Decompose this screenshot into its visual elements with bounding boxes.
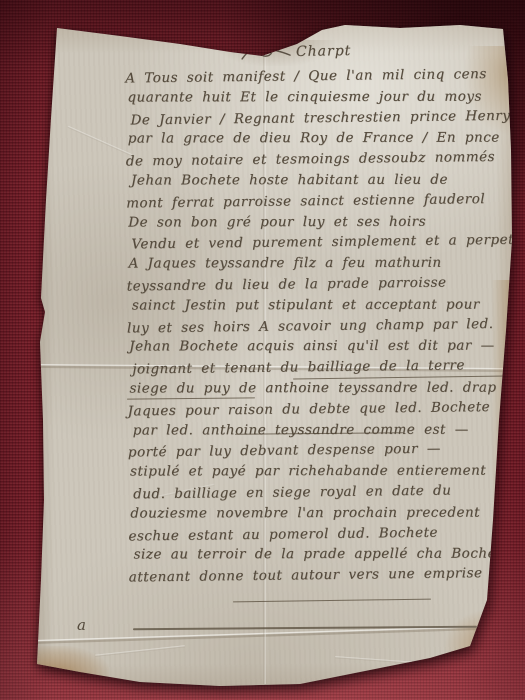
paraph-flourish-icon bbox=[240, 42, 292, 63]
manuscript-line: siege du puy de anthoine teyssandre led.… bbox=[129, 377, 525, 399]
ink-underline bbox=[233, 599, 431, 603]
heading-text: Charpt bbox=[296, 43, 352, 60]
age-stain-bottom-right bbox=[443, 608, 507, 664]
manuscript-line: stipulé et payé par richehabande entiere… bbox=[130, 461, 525, 483]
manuscript-line: teyssandre du lieu de la prade parroisse bbox=[127, 272, 525, 298]
manuscript-line: dud. bailliage en siege royal en date du bbox=[133, 480, 525, 506]
paper-wrinkle bbox=[68, 126, 133, 156]
closing-rule bbox=[133, 626, 477, 630]
manuscript-line: sainct Jestin put stipulant et acceptant… bbox=[132, 294, 525, 316]
paper-shadow-wrap: Charpt A Tous soit manifest / Que l'an m… bbox=[0, 0, 525, 700]
manuscript-line: attenant donne tout autour vers une empr… bbox=[129, 563, 525, 589]
photo-scene: Charpt A Tous soit manifest / Que l'an m… bbox=[0, 0, 525, 700]
manuscript-line: de moy notaire et tesmoings dessoubz nom… bbox=[126, 147, 525, 173]
manuscript-line: Jaques pour raison du debte que led. Boc… bbox=[127, 396, 525, 422]
manuscript-text: A Tous soit manifest / Que l'an mil cinq… bbox=[125, 65, 525, 588]
paper-wrinkle bbox=[335, 656, 445, 666]
closing-mark: a bbox=[77, 616, 86, 634]
manuscript-line: quarante huit Et le cinquiesme jour du m… bbox=[127, 86, 525, 108]
manuscript-paper: Charpt A Tous soit manifest / Que l'an m… bbox=[35, 20, 515, 690]
age-stain-bottom-left bbox=[31, 646, 109, 680]
manuscript-line: A Jaques teyssandre filz a feu mathurin bbox=[129, 253, 525, 275]
manuscript-line: mont ferrat parroisse sainct estienne fa… bbox=[126, 188, 525, 214]
manuscript-line: douziesme novembre l'an prochain precede… bbox=[130, 502, 525, 524]
manuscript-line: Jehan Bochete hoste habitant au lieu de bbox=[131, 169, 525, 191]
paper-wrinkle bbox=[95, 645, 185, 656]
heading: Charpt bbox=[240, 41, 352, 63]
manuscript-line: A Tous soit manifest / Que l'an mil cinq… bbox=[125, 64, 525, 90]
